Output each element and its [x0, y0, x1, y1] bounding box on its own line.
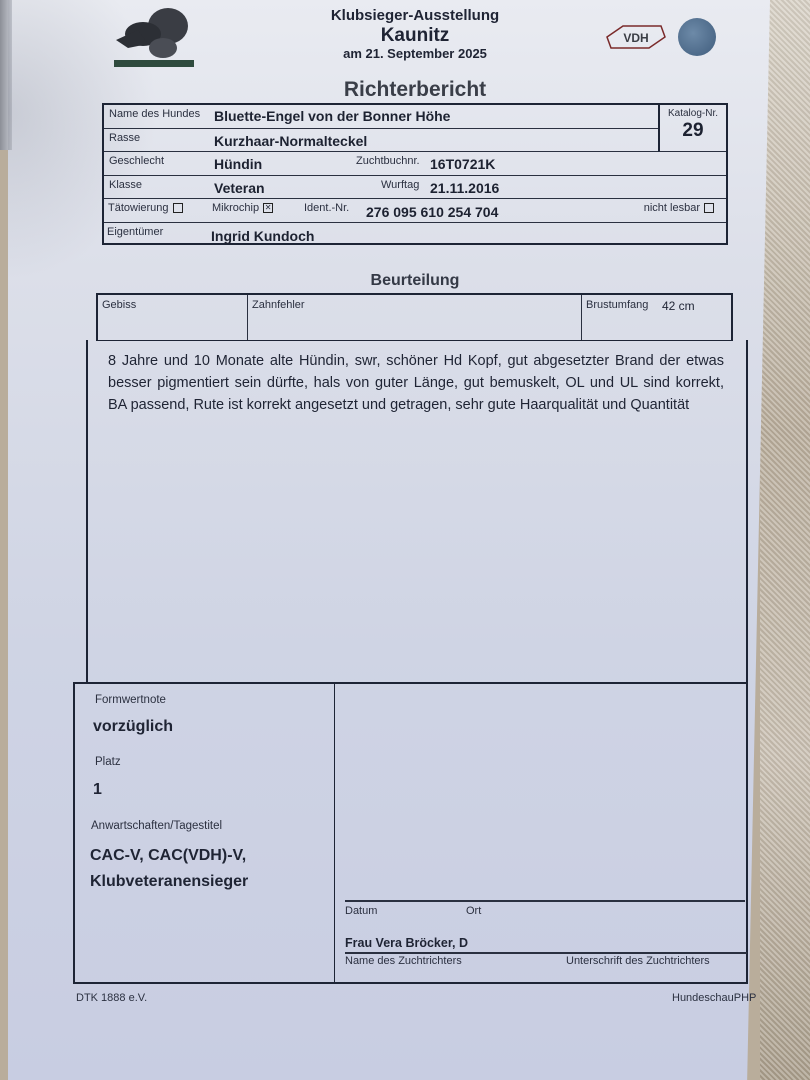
grade-label: Formwertnote [95, 694, 166, 706]
row-identification: Tätowierung Mikrochip✕ Ident.-Nr. 276 09… [104, 199, 726, 223]
sex-value: Hündin [214, 156, 262, 172]
birth-value: 21.11.2016 [430, 180, 499, 196]
result-section: Formwertnote vorzüglich Platz 1 Anwartsc… [73, 682, 748, 984]
assessment-comment: 8 Jahre und 10 Monate alte Hündin, swr, … [108, 350, 724, 416]
report-title: Richterbericht [250, 78, 580, 102]
grade-value: vorzüglich [93, 718, 173, 736]
unreadable-checkbox[interactable] [704, 203, 714, 213]
row-breed: Rasse Kurzhaar-Normalteckel [104, 129, 660, 153]
tattoo-label: Tätowierung [108, 202, 169, 214]
comment-box: 8 Jahre und 10 Monate alte Hündin, swr, … [86, 340, 748, 682]
unreadable-label: nicht lesbar [644, 202, 700, 214]
dog-details-table: Name des Hundes Bluette-Engel von der Bo… [102, 103, 728, 245]
judge-name: Frau Vera Bröcker, D [345, 936, 468, 950]
titles-line-2: Klubveteranensieger [90, 873, 248, 891]
assessment-title: Beurteilung [250, 272, 580, 290]
teeth-cell: Gebiss [98, 295, 248, 340]
row-sex: Geschlecht Hündin Zuchtbuchnr. 16T0721K [104, 152, 726, 176]
row-owner: Eigentümer Ingrid Kundoch [104, 223, 726, 247]
tattoo-checkbox[interactable] [173, 203, 183, 213]
svg-text:VDH: VDH [623, 31, 648, 45]
ident-value: 276 095 610 254 704 [366, 204, 498, 220]
catalog-number: 29 [660, 120, 726, 142]
ident-label: Ident.-Nr. [304, 202, 349, 214]
chip-label: Mikrochip [212, 202, 259, 214]
row-name: Name des Hundes Bluette-Engel von der Bo… [104, 105, 660, 129]
titles-label: Anwartschaften/Tagestitel [91, 820, 222, 832]
judge-line [345, 952, 747, 954]
catalog-box: Katalog-Nr. 29 [658, 105, 726, 152]
judge-signature-label: Unterschrift des Zuchtrichters [566, 955, 710, 967]
unreadable-field: nicht lesbar [644, 202, 714, 214]
dtk-dachshund-logo [108, 4, 198, 68]
class-label: Klasse [109, 179, 142, 191]
chest-cell: Brustumfang 42 cm [582, 295, 731, 340]
sex-label: Geschlecht [109, 155, 164, 167]
date-place-line [345, 900, 745, 902]
titles-line-1: CAC-V, CAC(VDH)-V, [90, 847, 246, 865]
dog-name: Bluette-Engel von der Bonner Höhe [214, 108, 450, 124]
judge-name-label: Name des Zuchtrichters [345, 955, 462, 967]
fabric-background [760, 0, 810, 1080]
chip-field: Mikrochip✕ [212, 202, 273, 214]
owner-label: Eigentümer [107, 226, 163, 238]
date-label: Datum [345, 905, 377, 917]
place-sign-label: Ort [466, 905, 481, 917]
footer-left: DTK 1888 e.V. [76, 992, 147, 1004]
event-title: Klubsieger-Ausstellung [250, 7, 580, 24]
vdh-logo: VDH [605, 24, 667, 50]
owner-value: Ingrid Kundoch [211, 228, 314, 244]
footer-right: HundeschauPHP [672, 992, 756, 1004]
fci-logo [678, 18, 716, 56]
event-location: Kaunitz [250, 25, 580, 47]
catalog-label: Katalog-Nr. [660, 108, 726, 119]
place-value: 1 [93, 781, 102, 799]
tooth-faults-label: Zahnfehler [252, 299, 305, 311]
studbook-value: 16T0721K [430, 156, 495, 172]
chip-checkbox-checked[interactable]: ✕ [263, 203, 273, 213]
breed-value: Kurzhaar-Normalteckel [214, 133, 367, 149]
breed-label: Rasse [109, 132, 140, 144]
event-date: am 21. September 2025 [250, 46, 580, 61]
studbook-label: Zuchtbuchnr. [356, 155, 420, 167]
teeth-table: Gebiss Zahnfehler Brustumfang 42 cm [96, 293, 733, 341]
row-class: Klasse Veteran Wurftag 21.11.2016 [104, 176, 726, 200]
class-value: Veteran [214, 180, 265, 196]
place-label: Platz [95, 756, 121, 768]
birth-label: Wurftag [381, 179, 419, 191]
chest-value: 42 cm [662, 299, 695, 313]
tooth-faults-cell: Zahnfehler [248, 295, 582, 340]
teeth-label: Gebiss [102, 299, 136, 311]
chest-label: Brustumfang [586, 299, 648, 311]
result-panel: Formwertnote vorzüglich Platz 1 Anwartsc… [75, 684, 335, 982]
tattoo-field: Tätowierung [108, 202, 183, 214]
name-label: Name des Hundes [109, 108, 200, 120]
